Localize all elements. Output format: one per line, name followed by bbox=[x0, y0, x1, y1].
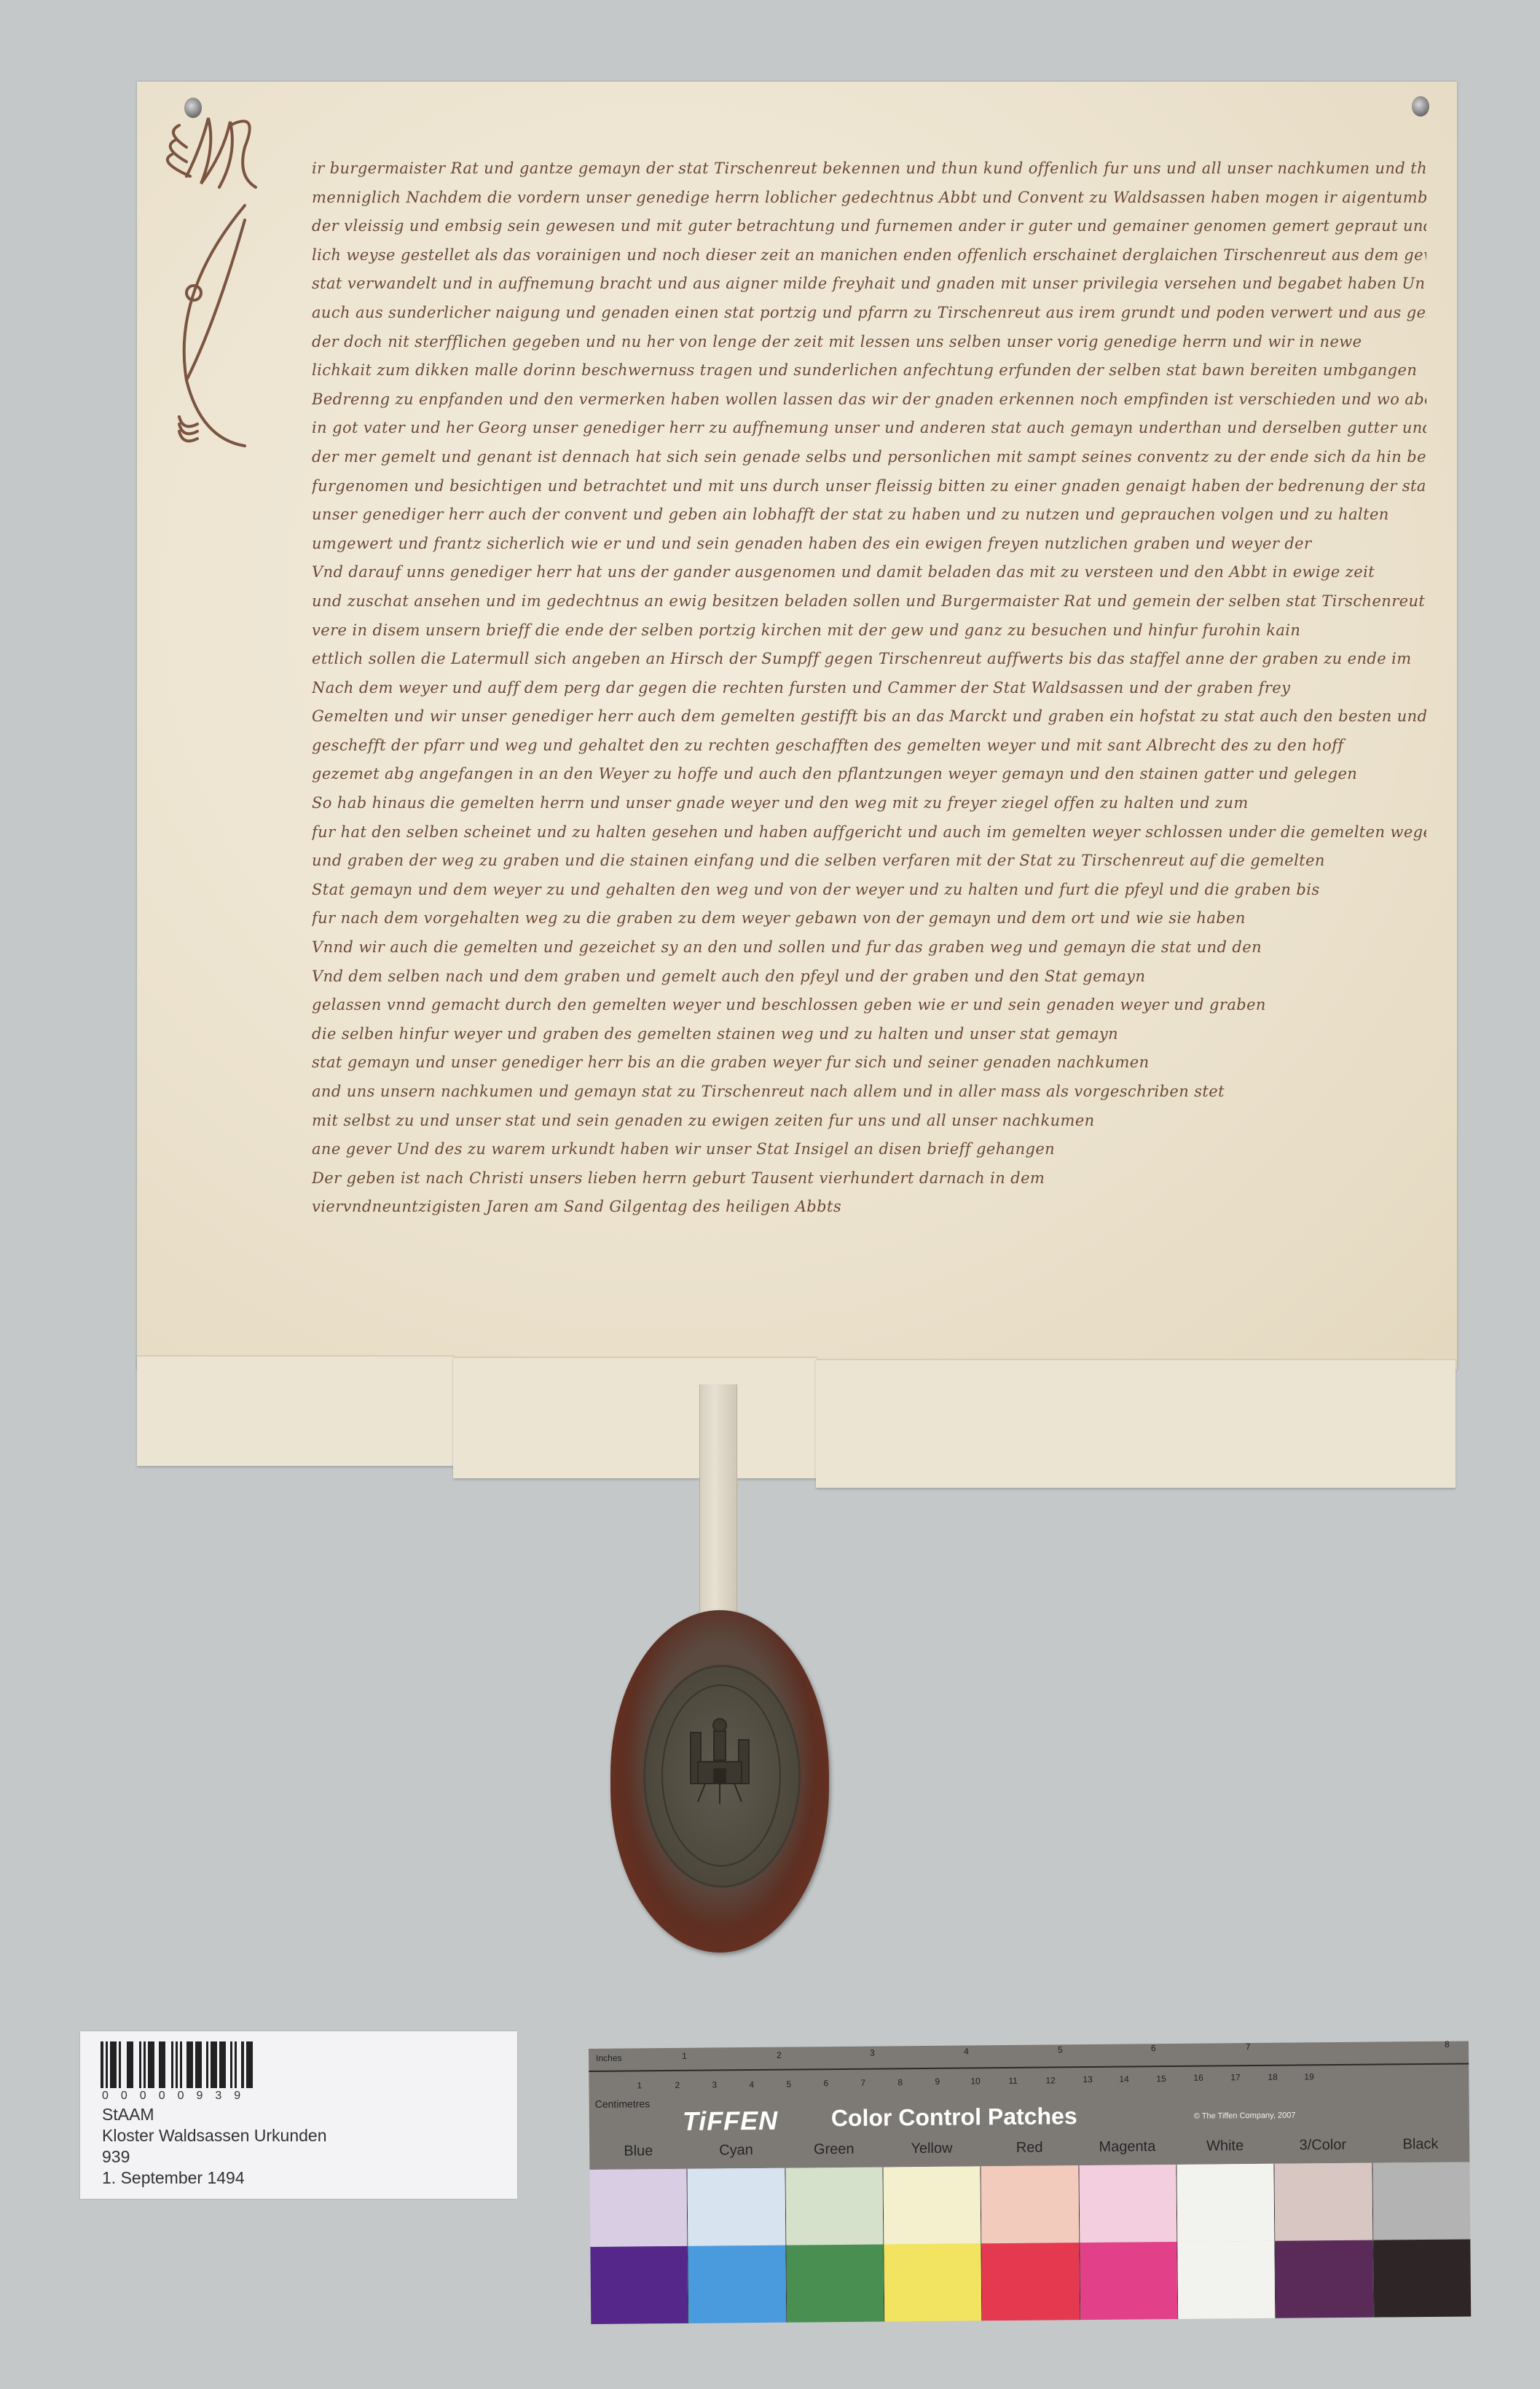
seal-castle-figure-icon bbox=[683, 1711, 756, 1805]
fold-flap-center bbox=[453, 1357, 817, 1478]
text-line: gezemet abg angefangen in an den Weyer z… bbox=[312, 760, 1426, 789]
text-line: mit selbst zu und unser stat und sein ge… bbox=[312, 1107, 1426, 1136]
patch-label-3color: 3/Color bbox=[1274, 2137, 1372, 2154]
text-line: der mer gemelt und genant ist dennach ha… bbox=[312, 443, 1426, 472]
fold-flap-left bbox=[137, 1355, 454, 1466]
cm-mark: 12 bbox=[1045, 2075, 1055, 2085]
cm-mark: 11 bbox=[1008, 2076, 1018, 2086]
text-line: furgenomen und besichtigen und betrachte… bbox=[312, 472, 1426, 501]
inch-mark: 1 bbox=[682, 2051, 687, 2061]
color-patches bbox=[589, 2162, 1471, 2324]
cm-mark: 8 bbox=[897, 2077, 903, 2087]
mount-pin-icon bbox=[1412, 96, 1429, 117]
text-line: Vnnd wir auch die gemelten und gezeichet… bbox=[312, 933, 1426, 962]
text-line: viervndneuntzigisten Jaren am Sand Gilge… bbox=[312, 1193, 1426, 1222]
charter-text: ir burgermaister Rat und gantze gemayn d… bbox=[312, 154, 1426, 1222]
inch-mark: 7 bbox=[1246, 2041, 1251, 2052]
text-line: Stat gemayn und dem weyer zu und gehalte… bbox=[312, 876, 1426, 905]
text-line: und graben der weg zu graben und die sta… bbox=[312, 847, 1426, 876]
text-line: stat verwandelt und in auffnemung bracht… bbox=[312, 270, 1426, 299]
cm-mark: 5 bbox=[786, 2079, 791, 2090]
text-line: Gemelten und wir unser genediger herr au… bbox=[312, 702, 1426, 731]
patch-red bbox=[981, 2165, 1080, 2321]
text-line: gelassen vnnd gemacht durch den gemelten… bbox=[312, 991, 1426, 1020]
barcode-icon bbox=[101, 2040, 255, 2088]
seal-impression bbox=[643, 1665, 801, 1888]
patch-labels: Blue Cyan Green Yellow Red Magenta White… bbox=[589, 2135, 1469, 2160]
patch-green bbox=[785, 2167, 884, 2322]
patch-label-magenta: Magenta bbox=[1078, 2138, 1176, 2156]
color-chart-title: Color Control Patches bbox=[831, 2103, 1077, 2132]
text-line: fur hat den selben scheinet und zu halte… bbox=[312, 818, 1426, 847]
text-line: in got vater und her Georg unser genedig… bbox=[312, 414, 1426, 443]
text-line: So hab hinaus die gemelten herrn und uns… bbox=[312, 789, 1426, 818]
text-line: und zuschat ansehen und im gedechtnus an… bbox=[312, 587, 1426, 616]
text-line: auch aus sunderlicher naigung und genade… bbox=[312, 299, 1426, 328]
patch-label-blue: Blue bbox=[589, 2143, 687, 2160]
patch-label-white: White bbox=[1176, 2138, 1273, 2155]
text-line: Nach dem weyer und auff dem perg dar geg… bbox=[312, 674, 1426, 703]
text-line: ettlich sollen die Latermull sich angebe… bbox=[312, 645, 1426, 674]
cm-mark: 1 bbox=[637, 2080, 642, 2090]
cm-mark: 10 bbox=[970, 2076, 980, 2086]
cm-mark: 19 bbox=[1304, 2071, 1313, 2082]
patch-3color bbox=[1275, 2163, 1374, 2318]
label-number: 939 bbox=[102, 2146, 327, 2168]
inch-mark: 2 bbox=[777, 2050, 782, 2060]
inch-mark: 8 bbox=[1445, 2039, 1450, 2049]
cm-mark: 6 bbox=[823, 2078, 828, 2088]
text-line: Vnd dem selben nach und dem graben und g… bbox=[312, 962, 1426, 992]
cm-mark: 16 bbox=[1193, 2073, 1203, 2083]
text-line: and uns unsern nachkumen und gemayn stat… bbox=[312, 1078, 1426, 1107]
text-line: Vnd darauf unns genediger herr hat uns d… bbox=[312, 558, 1426, 587]
tiffen-logo: TiFFEN bbox=[683, 2106, 779, 2137]
text-line: vere in disem unsern brieff die ende der… bbox=[312, 616, 1426, 646]
text-line: stat gemayn und unser genediger herr bis… bbox=[312, 1048, 1426, 1078]
copyright-text: © The Tiffen Company, 2007 bbox=[1194, 2111, 1296, 2121]
text-line: fur nach dem vorgehalten weg zu die grab… bbox=[312, 904, 1426, 933]
text-line: geschefft der pfarr und weg und gehaltet… bbox=[312, 731, 1426, 761]
parchment-charter: ir burgermaister Rat und gantze gemayn d… bbox=[137, 82, 1457, 1370]
cm-mark: 14 bbox=[1119, 2074, 1128, 2084]
cm-mark: 17 bbox=[1230, 2072, 1240, 2082]
text-line: unser genediger herr auch der convent un… bbox=[312, 501, 1426, 530]
inch-mark: 6 bbox=[1151, 2043, 1156, 2053]
patch-magenta bbox=[1079, 2165, 1178, 2320]
patch-blue bbox=[589, 2169, 688, 2324]
text-line: lichkait zum dikken malle dorinn beschwe… bbox=[312, 356, 1426, 385]
cm-mark: 9 bbox=[935, 2076, 940, 2087]
patch-cyan bbox=[688, 2168, 787, 2323]
text-line: der doch nit sterfflichen gegeben und nu… bbox=[312, 328, 1426, 357]
patch-label-red: Red bbox=[981, 2139, 1078, 2157]
cm-mark: 18 bbox=[1268, 2072, 1277, 2082]
ruler-inches-label: Inches bbox=[596, 2053, 621, 2063]
text-line: die selben hinfur weyer und graben des g… bbox=[312, 1020, 1426, 1049]
patch-label-yellow: Yellow bbox=[883, 2140, 981, 2157]
patch-label-green: Green bbox=[785, 2141, 883, 2158]
patch-black bbox=[1372, 2162, 1471, 2317]
archive-label: 00000939 StAAM Kloster Waldsassen Urkund… bbox=[80, 2031, 517, 2199]
text-line: der vleissig und embsig sein gewesen und… bbox=[312, 212, 1426, 241]
decorated-initial-w-icon bbox=[157, 103, 296, 555]
inch-mark: 3 bbox=[870, 2048, 875, 2058]
barcode-number: 00000939 bbox=[102, 2090, 253, 2103]
inch-mark: 5 bbox=[1058, 2044, 1063, 2055]
label-text: StAAM Kloster Waldsassen Urkunden 939 1.… bbox=[102, 2104, 327, 2189]
patch-white bbox=[1176, 2164, 1276, 2319]
patch-label-black: Black bbox=[1372, 2135, 1469, 2153]
text-line: umgewert und frantz sicherlich wie er un… bbox=[312, 530, 1426, 559]
text-line: lich weyse gestellet als das vorainigen … bbox=[312, 241, 1426, 270]
text-line: Bedrenng zu enpfanden und den vermerken … bbox=[312, 385, 1426, 415]
cm-mark: 15 bbox=[1156, 2074, 1166, 2084]
cm-mark: 4 bbox=[749, 2079, 754, 2090]
label-archive: StAAM bbox=[102, 2104, 327, 2125]
fold-flap-right bbox=[816, 1359, 1455, 1488]
wax-seal bbox=[610, 1610, 829, 1953]
ruler: Inches Centimetres 1 2 3 4 5 6 7 8 1 2 3… bbox=[589, 2041, 1469, 2097]
cm-mark: 13 bbox=[1083, 2074, 1092, 2084]
ruler-centimetres-label: Centimetres bbox=[595, 2098, 651, 2110]
text-line: ir burgermaister Rat und gantze gemayn d… bbox=[312, 154, 1426, 184]
patch-yellow bbox=[883, 2166, 982, 2321]
text-line: Der geben ist nach Christi unsers lieben… bbox=[312, 1164, 1426, 1193]
text-line: ane gever Und des zu warem urkundt haben… bbox=[312, 1135, 1426, 1164]
cm-mark: 2 bbox=[675, 2080, 680, 2090]
color-chart-header: Inches Centimetres 1 2 3 4 5 6 7 8 1 2 3… bbox=[589, 2041, 1469, 2170]
patch-label-cyan: Cyan bbox=[687, 2142, 785, 2159]
text-line: menniglich Nachdem die vordern unser gen… bbox=[312, 184, 1426, 213]
label-collection: Kloster Waldsassen Urkunden bbox=[102, 2125, 327, 2146]
label-date: 1. September 1494 bbox=[102, 2168, 327, 2189]
seal-strap bbox=[699, 1384, 737, 1632]
tiffen-color-chart: Inches Centimetres 1 2 3 4 5 6 7 8 1 2 3… bbox=[589, 2041, 1471, 2326]
cm-mark: 7 bbox=[860, 2078, 865, 2088]
inch-mark: 4 bbox=[964, 2046, 969, 2056]
cm-mark: 3 bbox=[712, 2079, 717, 2090]
